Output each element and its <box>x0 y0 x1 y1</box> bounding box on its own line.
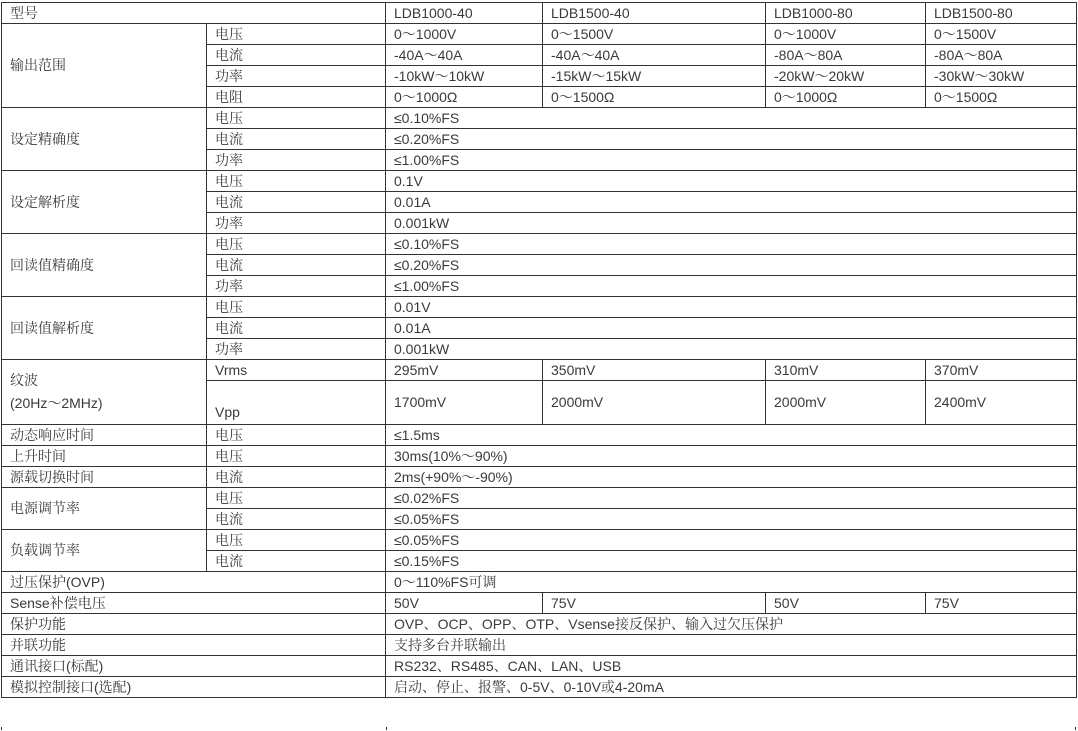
spec-value: ≤0.10%FS <box>386 234 1077 255</box>
spec-value: ≤1.00%FS <box>386 150 1077 171</box>
spec-value: 0.1V <box>386 171 1077 192</box>
param-label: Vpp <box>207 381 386 425</box>
spec-value: 0.001kW <box>386 213 1077 234</box>
table-row: 模拟控制接口(选配) 启动、停止、报警、0-5V、0-10V或4-20mA <box>2 677 1077 698</box>
table-row: 输出范围 电压 0～1000V 0～1500V 0～1000V 0～1500V <box>2 24 1077 45</box>
spec-value: 0～1000V <box>386 24 543 45</box>
param-label: 电压 <box>207 234 386 255</box>
spec-value: 0.01V <box>386 297 1077 318</box>
spec-value: ≤1.5ms <box>386 425 1077 446</box>
section-label-output-range: 输出范围 <box>2 24 207 108</box>
param-label: 电流 <box>207 255 386 276</box>
model-name: LDB1500-80 <box>926 3 1077 24</box>
spec-value: ≤0.05%FS <box>386 530 1077 551</box>
spec-value: ≤0.20%FS <box>386 255 1077 276</box>
spec-value: ≤0.10%FS <box>386 108 1077 129</box>
spec-value: 75V <box>543 593 766 614</box>
spec-value: ≤0.15%FS <box>386 551 1077 572</box>
model-name: LDB1500-40 <box>543 3 766 24</box>
spec-value: 50V <box>766 593 926 614</box>
model-name: LDB1000-40 <box>386 3 543 24</box>
section-label-ripple: 纹波 (20Hz～2MHz) <box>2 360 207 425</box>
spec-value: ≤0.20%FS <box>386 129 1077 150</box>
section-label-dynamic-response: 动态响应时间 <box>2 425 207 446</box>
model-name: LDB1000-80 <box>766 3 926 24</box>
spec-value: 0～110%FS可调 <box>386 572 1077 593</box>
spec-value: 启动、停止、报警、0-5V、0-10V或4-20mA <box>386 677 1077 698</box>
table-row: 过压保护(OVP) 0～110%FS可调 <box>2 572 1077 593</box>
spec-value: -80A～80A <box>926 45 1077 66</box>
spec-table: 型号 LDB1000-40 LDB1500-40 LDB1000-80 LDB1… <box>1 2 1077 698</box>
param-label: 电流 <box>207 551 386 572</box>
param-label: 电压 <box>207 24 386 45</box>
spec-value: 支持多台并联输出 <box>386 635 1077 656</box>
param-label: 功率 <box>207 276 386 297</box>
section-label-ovp: 过压保护(OVP) <box>2 572 386 593</box>
table-row: 并联功能 支持多台并联输出 <box>2 635 1077 656</box>
section-label-source-load-switch: 源载切换时间 <box>2 467 207 488</box>
section-label-readback-resolution: 回读值解析度 <box>2 297 207 360</box>
section-label-line-regulation: 电源调节率 <box>2 488 207 530</box>
spec-value: 30ms(10%～90%) <box>386 446 1077 467</box>
ripple-label-line2: (20Hz～2MHz) <box>10 392 202 415</box>
param-label: 电流 <box>207 45 386 66</box>
param-label: 功率 <box>207 150 386 171</box>
table-row: Sense补偿电压 50V 75V 50V 75V <box>2 593 1077 614</box>
section-label-setting-accuracy: 设定精确度 <box>2 108 207 171</box>
spec-value: 0.01A <box>386 192 1077 213</box>
spec-value: 50V <box>386 593 543 614</box>
spec-value: -15kW～15kW <box>543 66 766 87</box>
param-label: 电压 <box>207 446 386 467</box>
table-row: 负载调节率 电压 ≤0.05%FS <box>2 530 1077 551</box>
param-label: 功率 <box>207 213 386 234</box>
table-row: 动态响应时间 电压 ≤1.5ms <box>2 425 1077 446</box>
table-row: 纹波 (20Hz～2MHz) Vrms 295mV 350mV 310mV 37… <box>2 360 1077 381</box>
spec-value: 2ms(+90%～-90%) <box>386 467 1077 488</box>
spec-value: 0～1000V <box>766 24 926 45</box>
spec-value: 0.001kW <box>386 339 1077 360</box>
spec-value: 310mV <box>766 360 926 381</box>
section-label-analog-interface: 模拟控制接口(选配) <box>2 677 386 698</box>
spec-value: 2000mV <box>543 381 766 425</box>
spec-value: RS232、RS485、CAN、LAN、USB <box>386 656 1077 677</box>
spec-sheet: 型号 LDB1000-40 LDB1500-40 LDB1000-80 LDB1… <box>0 0 1078 731</box>
spec-value: -80A～80A <box>766 45 926 66</box>
spec-value: ≤0.05%FS <box>386 509 1077 530</box>
spec-value: -20kW～20kW <box>766 66 926 87</box>
param-label: Vrms <box>207 360 386 381</box>
spec-value: ≤1.00%FS <box>386 276 1077 297</box>
param-label: 电流 <box>207 318 386 339</box>
section-label-setting-resolution: 设定解析度 <box>2 171 207 234</box>
spec-value: 75V <box>926 593 1077 614</box>
section-label-load-regulation: 负载调节率 <box>2 530 207 572</box>
table-row: 回读值解析度 电压 0.01V <box>2 297 1077 318</box>
table-row-header: 型号 LDB1000-40 LDB1500-40 LDB1000-80 LDB1… <box>2 3 1077 24</box>
spec-value: ≤0.02%FS <box>386 488 1077 509</box>
section-label-sense-voltage: Sense补偿电压 <box>2 593 386 614</box>
spec-value: 0～1500Ω <box>543 87 766 108</box>
param-label: 电阻 <box>207 87 386 108</box>
spec-value: 2000mV <box>766 381 926 425</box>
spec-value: 370mV <box>926 360 1077 381</box>
param-label: 功率 <box>207 339 386 360</box>
table-row: 设定精确度 电压 ≤0.10%FS <box>2 108 1077 129</box>
section-label-rise-time: 上升时间 <box>2 446 207 467</box>
param-label: 电流 <box>207 192 386 213</box>
table-row: 保护功能 OVP、OCP、OPP、OTP、Vsense接反保护、输入过欠压保护 <box>2 614 1077 635</box>
table-row: 通讯接口(标配) RS232、RS485、CAN、LAN、USB <box>2 656 1077 677</box>
table-border-stub <box>1 727 2 730</box>
table-row: 源载切换时间 电流 2ms(+90%～-90%) <box>2 467 1077 488</box>
spec-value: -10kW～10kW <box>386 66 543 87</box>
param-label: 电压 <box>207 425 386 446</box>
spec-value: 295mV <box>386 360 543 381</box>
table-border-stub <box>386 727 387 730</box>
param-label: 电流 <box>207 129 386 150</box>
spec-value: -40A～40A <box>543 45 766 66</box>
section-label-readback-accuracy: 回读值精确度 <box>2 234 207 297</box>
spec-value: 0～1500V <box>926 24 1077 45</box>
param-label: 电流 <box>207 509 386 530</box>
param-label: 电流 <box>207 467 386 488</box>
spec-value: 0.01A <box>386 318 1077 339</box>
param-label: 功率 <box>207 66 386 87</box>
section-label-protection: 保护功能 <box>2 614 386 635</box>
spec-value: 0～1500Ω <box>926 87 1077 108</box>
spec-value: -30kW～30kW <box>926 66 1077 87</box>
spec-value: 1700mV <box>386 381 543 425</box>
table-border-stub <box>1075 727 1076 730</box>
model-row-label: 型号 <box>2 3 386 24</box>
table-row: 回读值精确度 电压 ≤0.10%FS <box>2 234 1077 255</box>
spec-value: 350mV <box>543 360 766 381</box>
ripple-label-line1: 纹波 <box>10 369 202 392</box>
table-row: 上升时间 电压 30ms(10%～90%) <box>2 446 1077 467</box>
param-label: 电压 <box>207 488 386 509</box>
section-label-comm-interface: 通讯接口(标配) <box>2 656 386 677</box>
table-row: 电源调节率 电压 ≤0.02%FS <box>2 488 1077 509</box>
spec-value: 0～1500V <box>543 24 766 45</box>
param-label: 电压 <box>207 108 386 129</box>
spec-value: -40A～40A <box>386 45 543 66</box>
param-label: 电压 <box>207 297 386 318</box>
param-label: 电压 <box>207 171 386 192</box>
param-label: 电压 <box>207 530 386 551</box>
spec-value: 0～1000Ω <box>766 87 926 108</box>
spec-value: 2400mV <box>926 381 1077 425</box>
section-label-parallel: 并联功能 <box>2 635 386 656</box>
spec-value: 0～1000Ω <box>386 87 543 108</box>
table-row: 设定解析度 电压 0.1V <box>2 171 1077 192</box>
spec-value: OVP、OCP、OPP、OTP、Vsense接反保护、输入过欠压保护 <box>386 614 1077 635</box>
